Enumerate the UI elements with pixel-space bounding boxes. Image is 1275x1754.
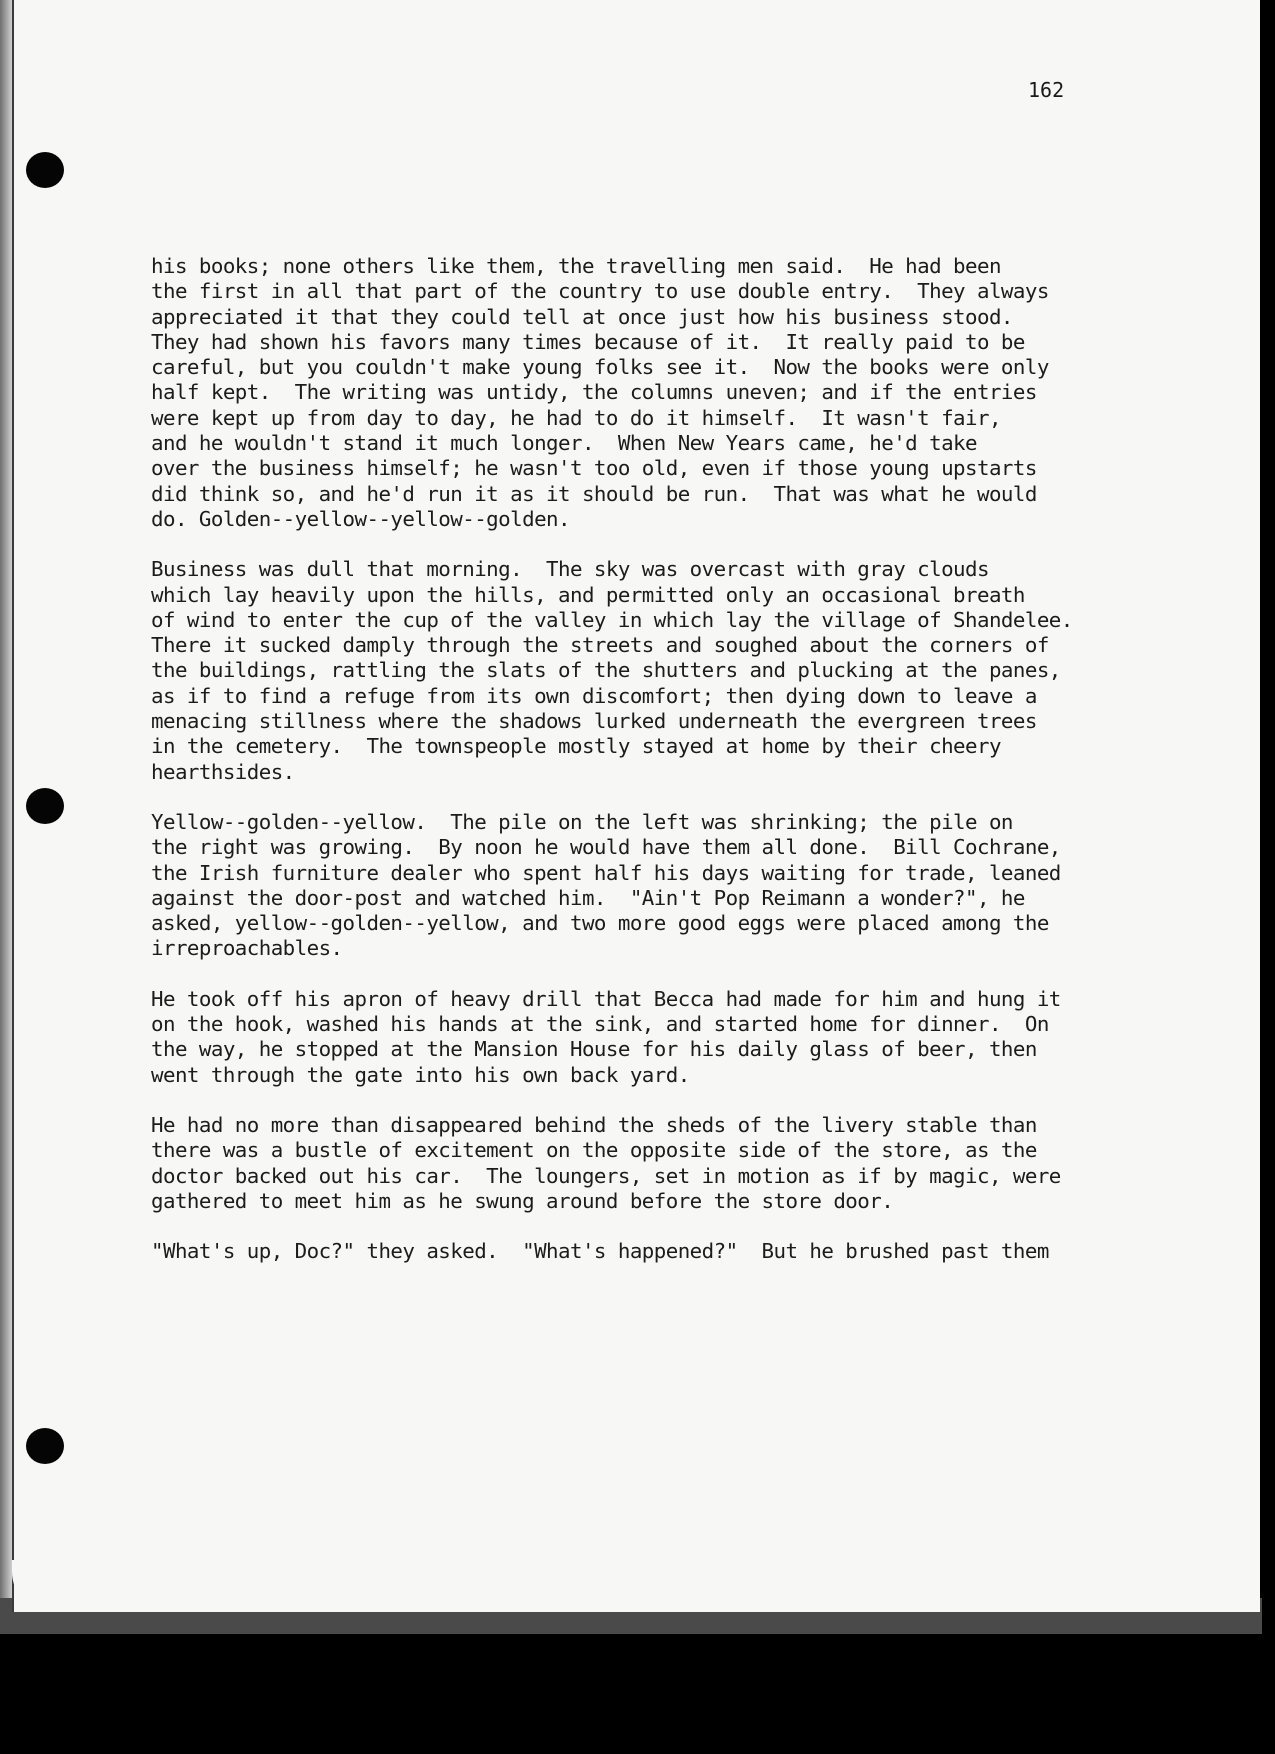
text-line: hearthsides. [151,760,1151,785]
text-line: appreciated it that they could tell at o… [151,305,1151,330]
text-line: did think so, and he'd run it as it shou… [151,482,1151,507]
text-line: of wind to enter the cup of the valley i… [151,608,1151,633]
text-line: half kept. The writing was untidy, the c… [151,380,1151,405]
paragraph: Yellow--golden--yellow. The pile on the … [151,810,1151,962]
text-line: over the business himself; he wasn't too… [151,456,1151,481]
punch-hole-top [26,152,64,188]
text-line: Business was dull that morning. The sky … [151,557,1151,582]
text-line: asked, yellow--golden--yellow, and two m… [151,911,1151,936]
text-line: in the cemetery. The townspeople mostly … [151,734,1151,759]
text-line: on the hook, washed his hands at the sin… [151,1012,1151,1037]
text-line: menacing stillness where the shadows lur… [151,709,1151,734]
text-line: against the door-post and watched him. "… [151,886,1151,911]
text-line: the right was growing. By noon he would … [151,835,1151,860]
paragraph: his books; none others like them, the tr… [151,254,1151,532]
text-line: He had no more than disappeared behind t… [151,1113,1151,1138]
text-line: doctor backed out his car. The loungers,… [151,1164,1151,1189]
text-line: the first in all that part of the countr… [151,279,1151,304]
paragraph: Business was dull that morning. The sky … [151,557,1151,785]
paragraph: He had no more than disappeared behind t… [151,1113,1151,1214]
text-line: went through the gate into his own back … [151,1063,1151,1088]
text-line: and he wouldn't stand it much longer. Wh… [151,431,1151,456]
text-line: as if to find a refuge from its own disc… [151,684,1151,709]
text-line: careful, but you couldn't make young fol… [151,355,1151,380]
text-line: Yellow--golden--yellow. The pile on the … [151,810,1151,835]
text-line: "What's up, Doc?" they asked. "What's ha… [151,1239,1151,1264]
text-line: do. Golden--yellow--yellow--golden. [151,507,1151,532]
text-line: irreproachables. [151,936,1151,961]
text-line: There it sucked damply through the stree… [151,633,1151,658]
text-line: there was a bustle of excitement on the … [151,1138,1151,1163]
text-line: the buildings, rattling the slats of the… [151,658,1151,683]
punch-hole-bottom [26,1428,64,1464]
text-line: the Irish furniture dealer who spent hal… [151,861,1151,886]
text-line: his books; none others like them, the tr… [151,254,1151,279]
text-line: He took off his apron of heavy drill tha… [151,987,1151,1012]
text-line: the way, he stopped at the Mansion House… [151,1037,1151,1062]
scanner-background [0,1634,1275,1754]
text-line: They had shown his favors many times bec… [151,330,1151,355]
paragraph: He took off his apron of heavy drill tha… [151,987,1151,1088]
page-number: 162 [1028,78,1064,102]
scan-edge-shadow [0,0,12,1612]
text-line: were kept up from day to day, he had to … [151,406,1151,431]
text-line: gathered to meet him as he swung around … [151,1189,1151,1214]
paragraph: "What's up, Doc?" they asked. "What's ha… [151,1239,1151,1264]
punch-hole-middle [26,788,64,824]
text-line: which lay heavily upon the hills, and pe… [151,583,1151,608]
page-bottom-curl [12,1560,1248,1612]
body-text: his books; none others like them, the tr… [151,254,1151,1289]
